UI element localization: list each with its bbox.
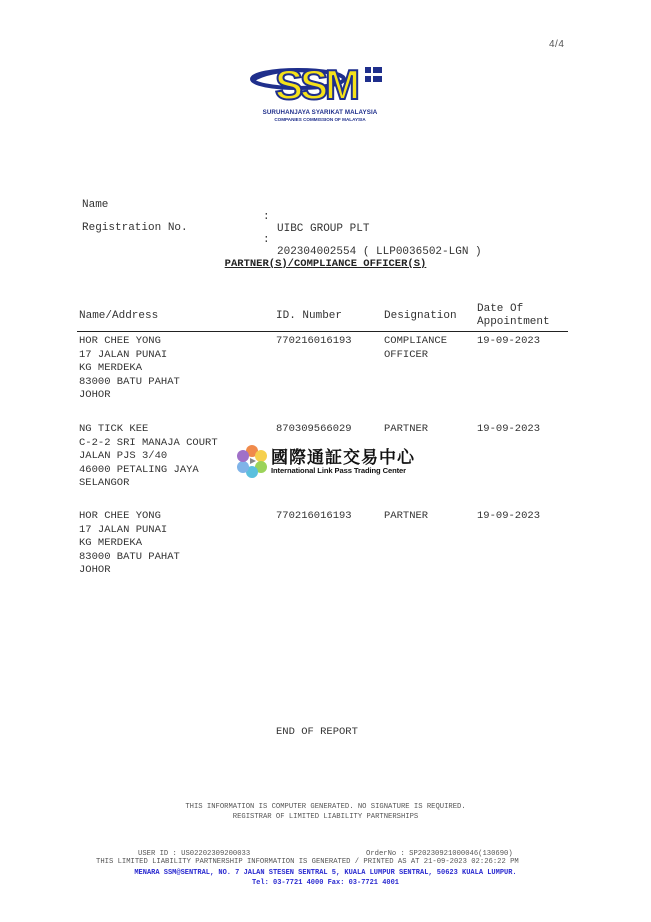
generated-timestamp: THIS LIMITED LIABILITY PARTNERSHIP INFOR…	[96, 858, 519, 866]
flower-logo-icon	[235, 444, 269, 478]
header-designation: Designation	[384, 310, 457, 323]
end-of-report: END OF REPORT	[276, 726, 358, 738]
header-id-number: ID. Number	[276, 310, 342, 323]
entity-name-value: UIBC GROUP PLT	[277, 223, 369, 235]
partner-address-line: JOHOR	[79, 389, 111, 403]
footer-note-line2: REGISTRAR OF LIMITED LIABILITY PARTNERSH…	[0, 812, 651, 822]
logo-name-malay: SURUHANJAYA SYARIKAT MALAYSIA	[250, 109, 390, 116]
header-date-line1: Date Of	[477, 303, 523, 316]
section-title: PARTNER(S)/COMPLIANCE OFFICER(S)	[0, 258, 651, 270]
partner-name: NG TICK KEE	[79, 423, 148, 437]
footer-note-line1: THIS INFORMATION IS COMPUTER GENERATED. …	[0, 802, 651, 812]
partner-appointment-date: 19-09-2023	[477, 423, 540, 437]
registration-label: Registration No.	[82, 222, 188, 234]
user-id: USER ID : US02202309200033	[138, 850, 250, 858]
office-address: MENARA SSM@SENTRAL, NO. 7 JALAN STESEN S…	[0, 868, 651, 879]
watermark-english: International Link Pass Trading Center	[271, 466, 406, 475]
header-date-line2: Appointment	[477, 316, 550, 329]
logo-name-english: COMPANIES COMMISSION OF MALAYSIA	[250, 117, 390, 122]
svg-text:SSM: SSM	[275, 61, 358, 107]
registration-row: Registration No. : 202304002554 ( LLP003…	[82, 210, 95, 258]
watermark-chinese: 國際通証交易中心	[271, 443, 415, 468]
separator: :	[263, 234, 270, 246]
partner-address-line: 83000 BATU PAHAT	[79, 376, 180, 390]
partner-address-line: KG MERDEKA	[79, 537, 142, 551]
partner-appointment-date: 19-09-2023	[477, 335, 540, 349]
partner-address-line: JALAN PJS 3/40	[79, 450, 167, 464]
partner-address-line: 17 JALAN PUNAI	[79, 524, 167, 538]
partner-designation: COMPLIANCE	[384, 335, 447, 349]
registration-value: 202304002554 ( LLP0036502-LGN )	[277, 246, 482, 258]
partner-address-line: 17 JALAN PUNAI	[79, 349, 167, 363]
partner-id-number: 770216016193	[276, 335, 352, 349]
partner-appointment-date: 19-09-2023	[477, 510, 540, 524]
watermark: 國際通証交易中心 International Link Pass Trading…	[235, 443, 420, 479]
partner-designation: PARTNER	[384, 423, 428, 437]
partner-address-line: 83000 BATU PAHAT	[79, 551, 180, 565]
separator: :	[263, 211, 270, 223]
partner-address-line: 46000 PETALING JAYA	[79, 464, 199, 478]
partner-address-line: C-2-2 SRI MANAJA COURT	[79, 437, 218, 451]
partner-designation: PARTNER	[384, 510, 428, 524]
header-name-address: Name/Address	[79, 310, 158, 323]
order-number: OrderNo : SP20230921000046(130690)	[366, 850, 513, 858]
header-divider	[77, 331, 568, 332]
partner-address-line: JOHOR	[79, 564, 111, 578]
partner-name: HOR CHEE YONG	[79, 510, 161, 524]
office-contact: Tel: 03-7721 4000 Fax: 03-7721 4001	[0, 878, 651, 889]
ssm-logo: SSM SURUHANJAYA SYARIKAT MALAYSIA COMPAN…	[250, 57, 390, 127]
partner-address-line: KG MERDEKA	[79, 362, 142, 376]
partner-id-number: 770216016193	[276, 510, 352, 524]
page-indicator: 4/4	[549, 39, 564, 50]
partner-name: HOR CHEE YONG	[79, 335, 161, 349]
ssm-logo-icon: SSM	[250, 57, 390, 107]
partner-address-line: SELANGOR	[79, 477, 129, 491]
partner-designation: OFFICER	[384, 349, 428, 363]
partner-id-number: 870309566029	[276, 423, 352, 437]
